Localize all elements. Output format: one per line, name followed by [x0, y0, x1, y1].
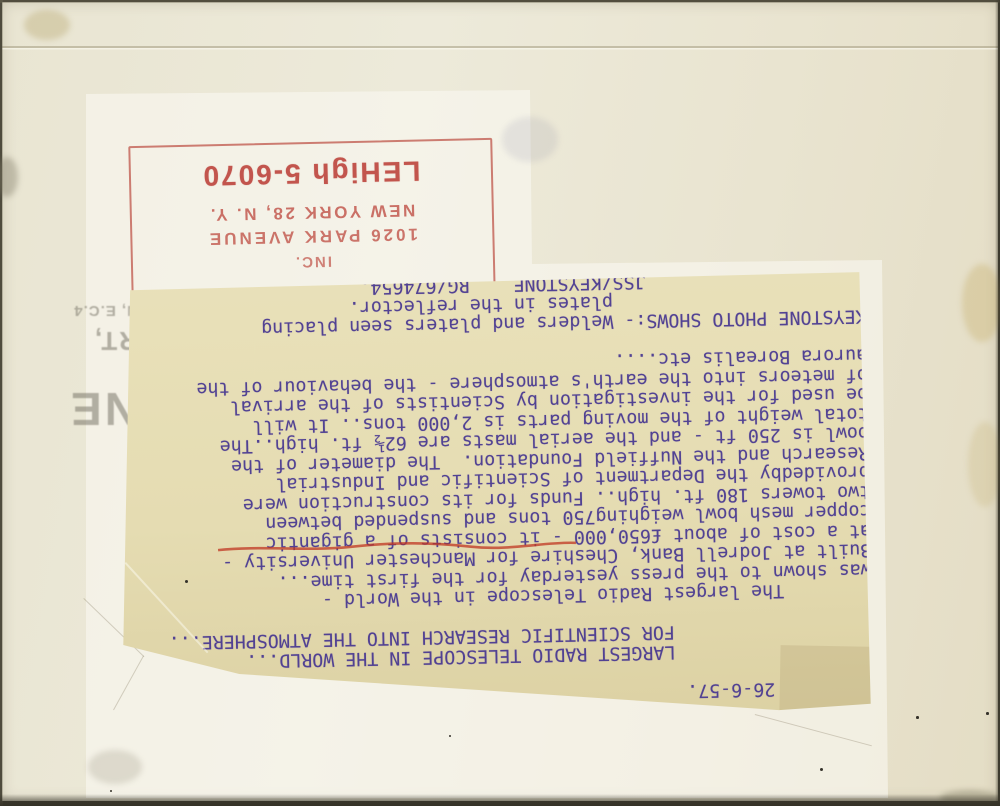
ink-speck	[449, 735, 451, 737]
photo-edge-right	[995, 0, 1000, 806]
ink-speck	[916, 716, 919, 719]
horizontal-crease	[2, 46, 998, 48]
stamp-line-phone: LEHigh 5-6070	[201, 155, 421, 192]
stamp-line-avenue: 1026 PARK AVENUE	[207, 224, 419, 249]
photo-edge-bottom	[0, 794, 1000, 806]
agency-stamp-fragment-large: NE	[22, 382, 138, 436]
stamp-line-inc: INC.	[294, 253, 332, 271]
ink-speck	[820, 768, 823, 771]
smudge-bottom-left	[88, 750, 142, 784]
photo-backdrop: NE RT, N, E.C.4 INC. 1026 PARK AVENUE NE…	[0, 0, 1000, 806]
keystone-agency-stamp-fragment: NE RT, N, E.C.4	[22, 276, 138, 448]
ink-speck	[110, 790, 112, 792]
agency-stamp-fragment-small: N, E.C.4	[22, 302, 138, 319]
typed-caption-sheet: 26-6-57. LARGEST RADIO TELESCOPE IN THE …	[118, 264, 876, 716]
ink-speck	[185, 580, 188, 583]
typewritten-caption-text: 26-6-57. LARGEST RADIO TELESCOPE IN THE …	[120, 266, 875, 712]
red-address-stamp-text: INC. 1026 PARK AVENUE NEW YORK 28, N. Y.…	[130, 140, 493, 300]
photo-edge-top	[0, 0, 1000, 3]
scuff-mark	[502, 117, 558, 162]
red-address-stamp-box: INC. 1026 PARK AVENUE NEW YORK 28, N. Y.…	[128, 138, 495, 302]
photo-edge-left	[0, 0, 3, 806]
ink-speck	[986, 712, 989, 715]
photo-print-back: NE RT, N, E.C.4 INC. 1026 PARK AVENUE NE…	[2, 2, 998, 801]
stamp-line-city: NEW YORK 28, N. Y.	[208, 200, 415, 225]
stain-top-left	[24, 10, 70, 40]
agency-stamp-fragment-medium: RT,	[22, 325, 138, 356]
